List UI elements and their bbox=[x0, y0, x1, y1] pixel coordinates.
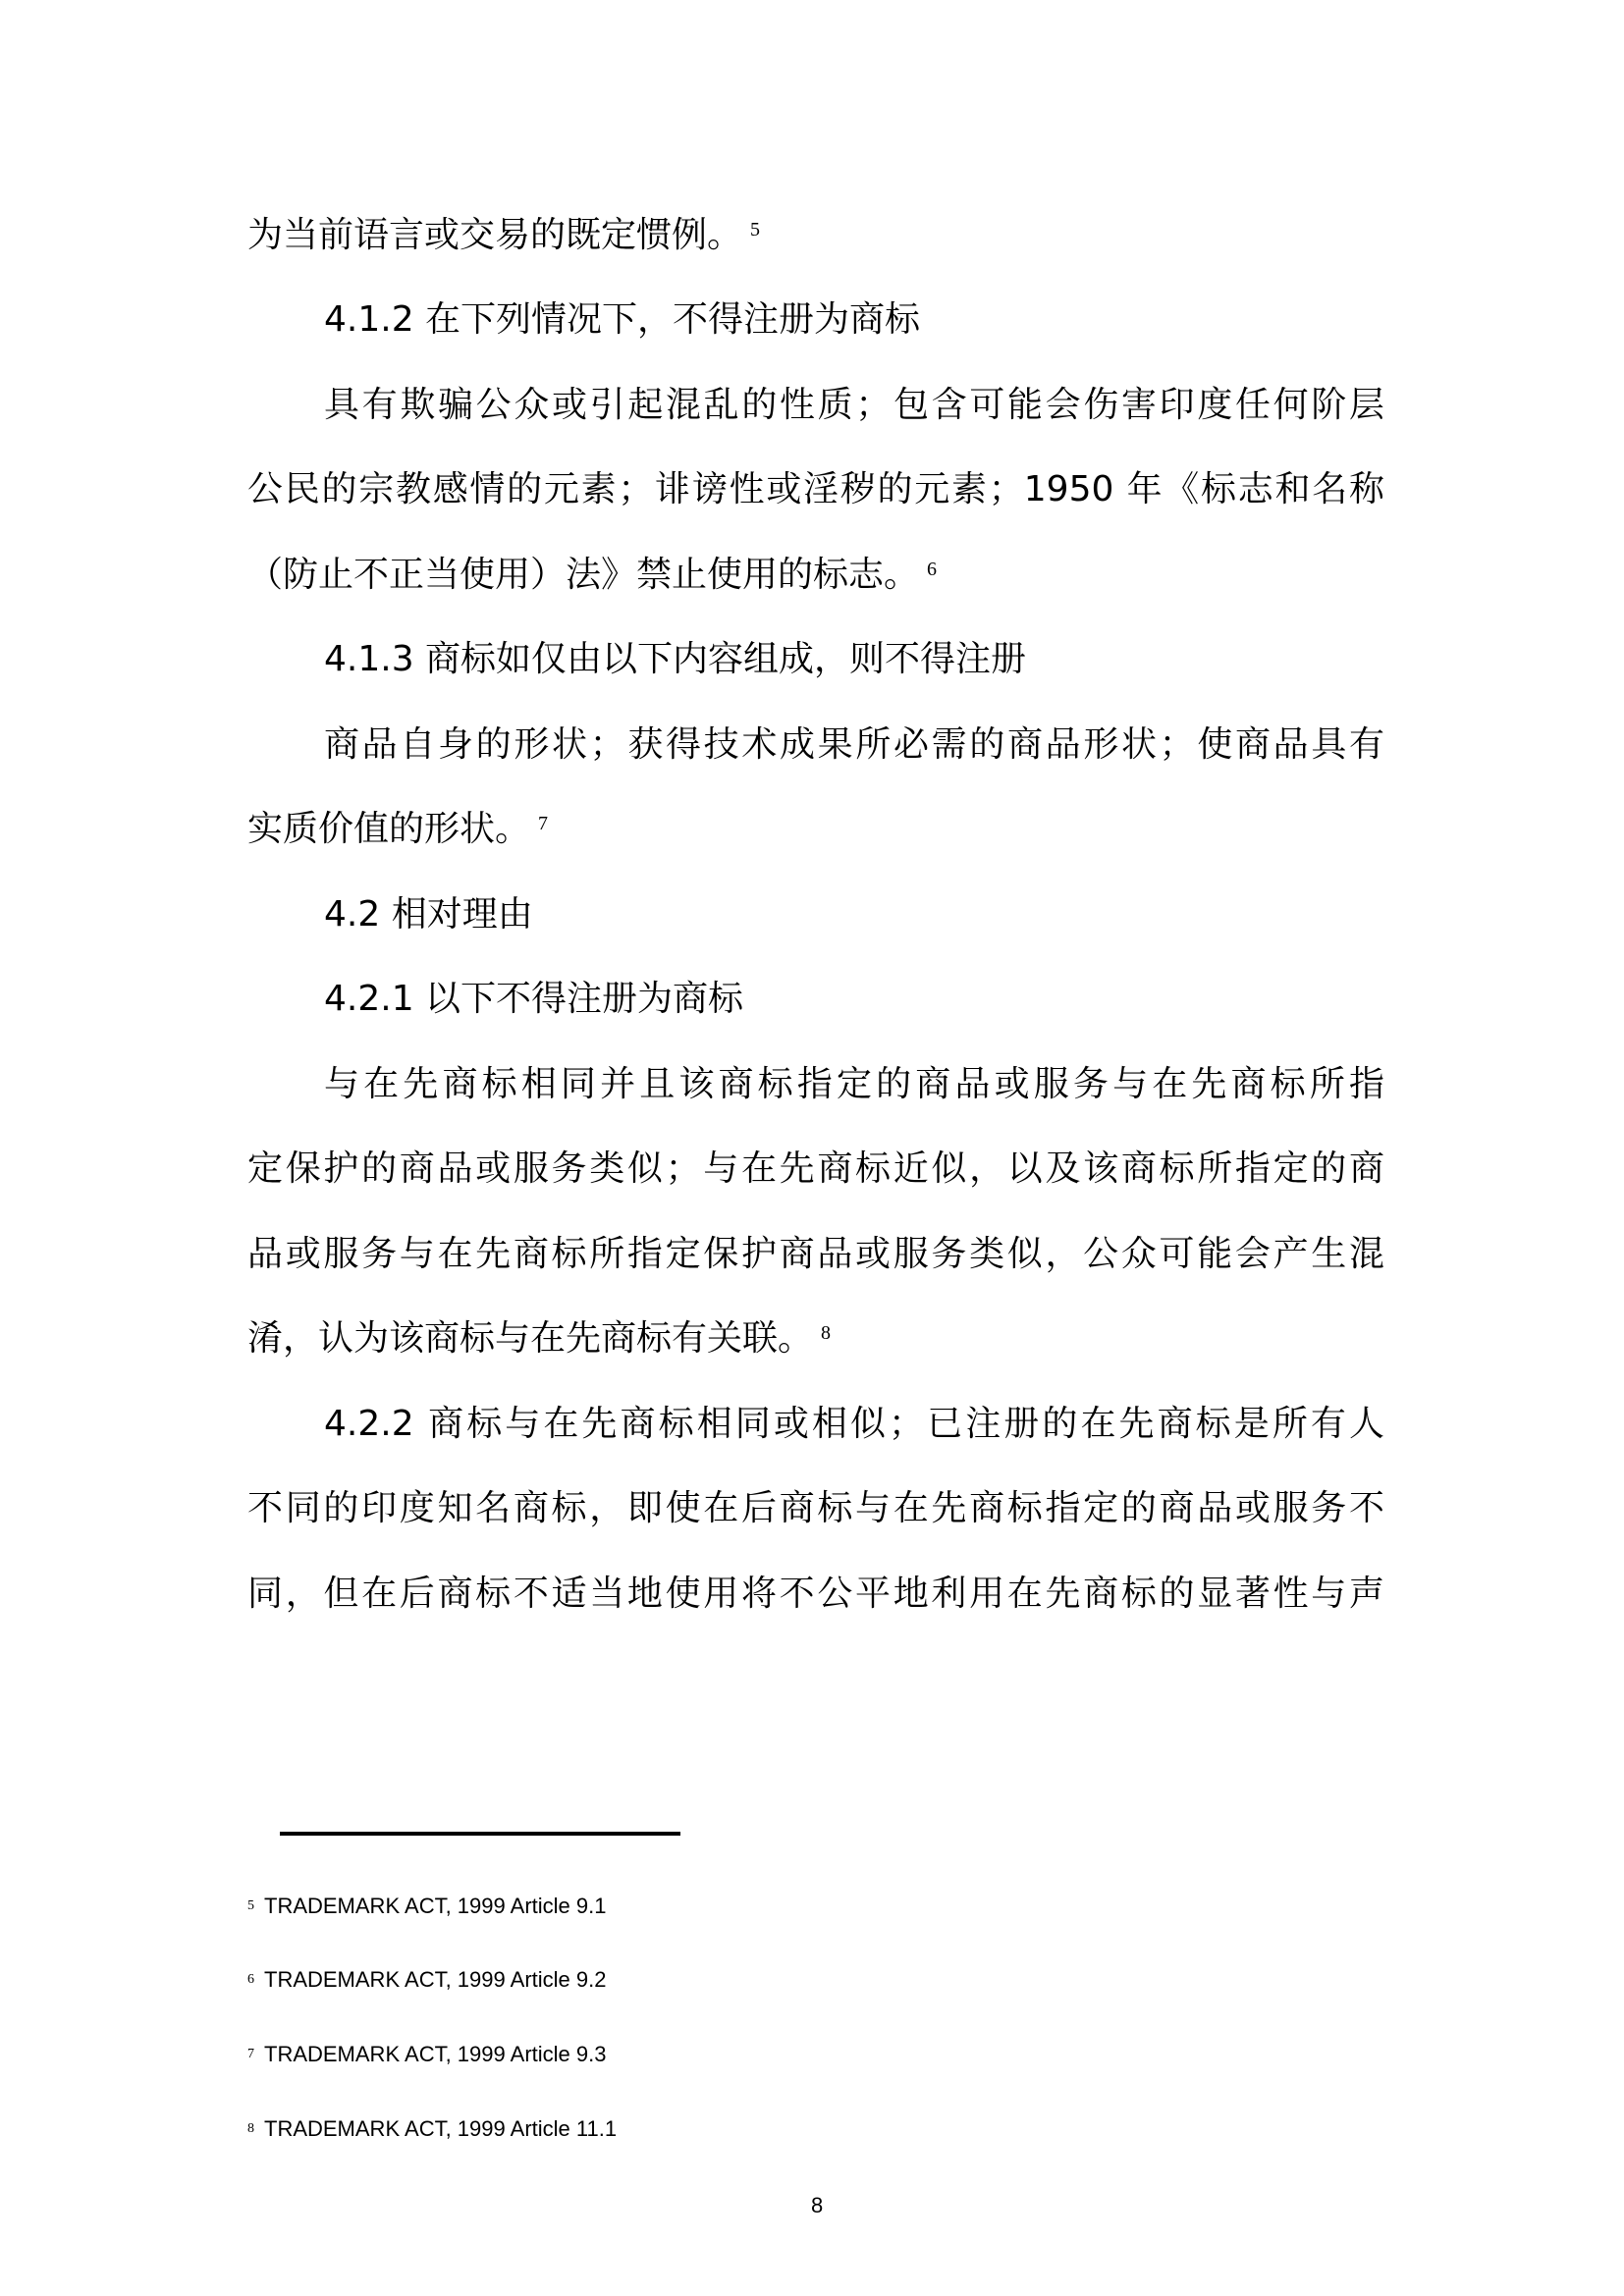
line-text: 4.2.1 以下不得注册为商标 bbox=[324, 979, 743, 1019]
footnote-ref[interactable]: 5 bbox=[750, 219, 760, 240]
body-line: 品或服务与在先商标所指定保护商品或服务类似，公众可能会产生混 bbox=[247, 1233, 1384, 1276]
footnote-8: 8TRADEMARK ACT, 1999 Article 11.1 bbox=[247, 2115, 617, 2143]
line-text: 淆，认为该商标与在先商标有关联。 bbox=[247, 1318, 813, 1359]
line-text: 公民的宗教感情的元素；诽谤性或淫秽的元素；1950 年《标志和名称 bbox=[247, 469, 1384, 509]
line-text: 为当前语言或交易的既定惯例。 bbox=[247, 215, 742, 255]
body-line: 同，但在后商标不适当地使用将不公平地利用在先商标的显著性与声 bbox=[247, 1573, 1384, 1616]
line-text: （防止不正当使用）法》禁止使用的标志。 bbox=[247, 555, 919, 595]
line-text: 4.1.3 商标如仅由以下内容组成，则不得注册 bbox=[324, 639, 1026, 679]
line-text: 具有欺骗公众或引起混乱的性质；包含可能会伤害印度任何阶层 bbox=[324, 385, 1384, 425]
section-heading-4-2-2: 4.2.2 商标与在先商标相同或相似；已注册的在先商标是所有人 bbox=[324, 1403, 1384, 1446]
line-text: 定保护的商品或服务类似；与在先商标近似，以及该商标所指定的商 bbox=[247, 1148, 1384, 1189]
section-heading-4-1-2: 4.1.2 在下列情况下，不得注册为商标 bbox=[324, 298, 1384, 342]
line-text: 4.2 相对理由 bbox=[324, 894, 533, 934]
line-text: 4.2.2 商标与在先商标相同或相似；已注册的在先商标是所有人 bbox=[324, 1404, 1384, 1444]
body-line: 具有欺骗公众或引起混乱的性质；包含可能会伤害印度任何阶层 bbox=[324, 384, 1384, 427]
page-number: 8 bbox=[811, 2193, 823, 2218]
footnote-7: 7TRADEMARK ACT, 1999 Article 9.3 bbox=[247, 2041, 606, 2068]
line-text: 4.1.2 在下列情况下，不得注册为商标 bbox=[324, 299, 920, 340]
footnote-number: 5 bbox=[247, 1898, 254, 1913]
section-heading-4-1-3: 4.1.3 商标如仅由以下内容组成，则不得注册 bbox=[324, 638, 1384, 681]
footnote-ref[interactable]: 7 bbox=[538, 813, 548, 834]
footnote-text: TRADEMARK ACT, 1999 Article 9.1 bbox=[264, 1894, 606, 1918]
footnote-text: TRADEMARK ACT, 1999 Article 9.3 bbox=[264, 2042, 606, 2066]
line-text: 品或服务与在先商标所指定保护商品或服务类似，公众可能会产生混 bbox=[247, 1234, 1384, 1274]
body-line: （防止不正当使用）法》禁止使用的标志。6 bbox=[247, 554, 1384, 597]
line-text: 与在先商标相同并且该商标指定的商品或服务与在先商标所指 bbox=[324, 1064, 1384, 1104]
body-line: 商品自身的形状；获得技术成果所必需的商品形状；使商品具有 bbox=[324, 723, 1384, 767]
line-text: 同，但在后商标不适当地使用将不公平地利用在先商标的显著性与声 bbox=[247, 1574, 1384, 1614]
body-line: 实质价值的形状。7 bbox=[247, 808, 1384, 851]
body-line: 与在先商标相同并且该商标指定的商品或服务与在先商标所指 bbox=[324, 1063, 1384, 1106]
footnote-ref[interactable]: 6 bbox=[927, 559, 937, 580]
body-line: 公民的宗教感情的元素；诽谤性或淫秽的元素；1950 年《标志和名称 bbox=[247, 468, 1384, 511]
footnote-separator bbox=[280, 1832, 680, 1836]
line-text: 实质价值的形状。 bbox=[247, 809, 530, 849]
footnote-number: 7 bbox=[247, 2047, 254, 2061]
body-line: 定保护的商品或服务类似；与在先商标近似，以及该商标所指定的商 bbox=[247, 1148, 1384, 1191]
document-page: 为当前语言或交易的既定惯例。5 4.1.2 在下列情况下，不得注册为商标 具有欺… bbox=[0, 0, 1624, 2296]
footnote-text: TRADEMARK ACT, 1999 Article 9.2 bbox=[264, 1967, 606, 1992]
line-text: 不同的印度知名商标，即使在后商标与在先商标指定的商品或服务不 bbox=[247, 1488, 1384, 1528]
body-line: 淆，认为该商标与在先商标有关联。8 bbox=[247, 1317, 1384, 1361]
footnote-number: 6 bbox=[247, 1972, 254, 1987]
section-heading-4-2-1: 4.2.1 以下不得注册为商标 bbox=[324, 978, 1384, 1021]
body-line: 为当前语言或交易的既定惯例。5 bbox=[247, 214, 1384, 257]
footnote-ref[interactable]: 8 bbox=[821, 1322, 831, 1344]
footnote-5: 5TRADEMARK ACT, 1999 Article 9.1 bbox=[247, 1893, 606, 1920]
footnote-text: TRADEMARK ACT, 1999 Article 11.1 bbox=[264, 2116, 617, 2141]
footnote-number: 8 bbox=[247, 2121, 254, 2136]
line-text: 商品自身的形状；获得技术成果所必需的商品形状；使商品具有 bbox=[324, 724, 1384, 765]
section-heading-4-2: 4.2 相对理由 bbox=[324, 893, 1384, 936]
footnote-6: 6TRADEMARK ACT, 1999 Article 9.2 bbox=[247, 1966, 606, 1994]
body-line: 不同的印度知名商标，即使在后商标与在先商标指定的商品或服务不 bbox=[247, 1487, 1384, 1530]
